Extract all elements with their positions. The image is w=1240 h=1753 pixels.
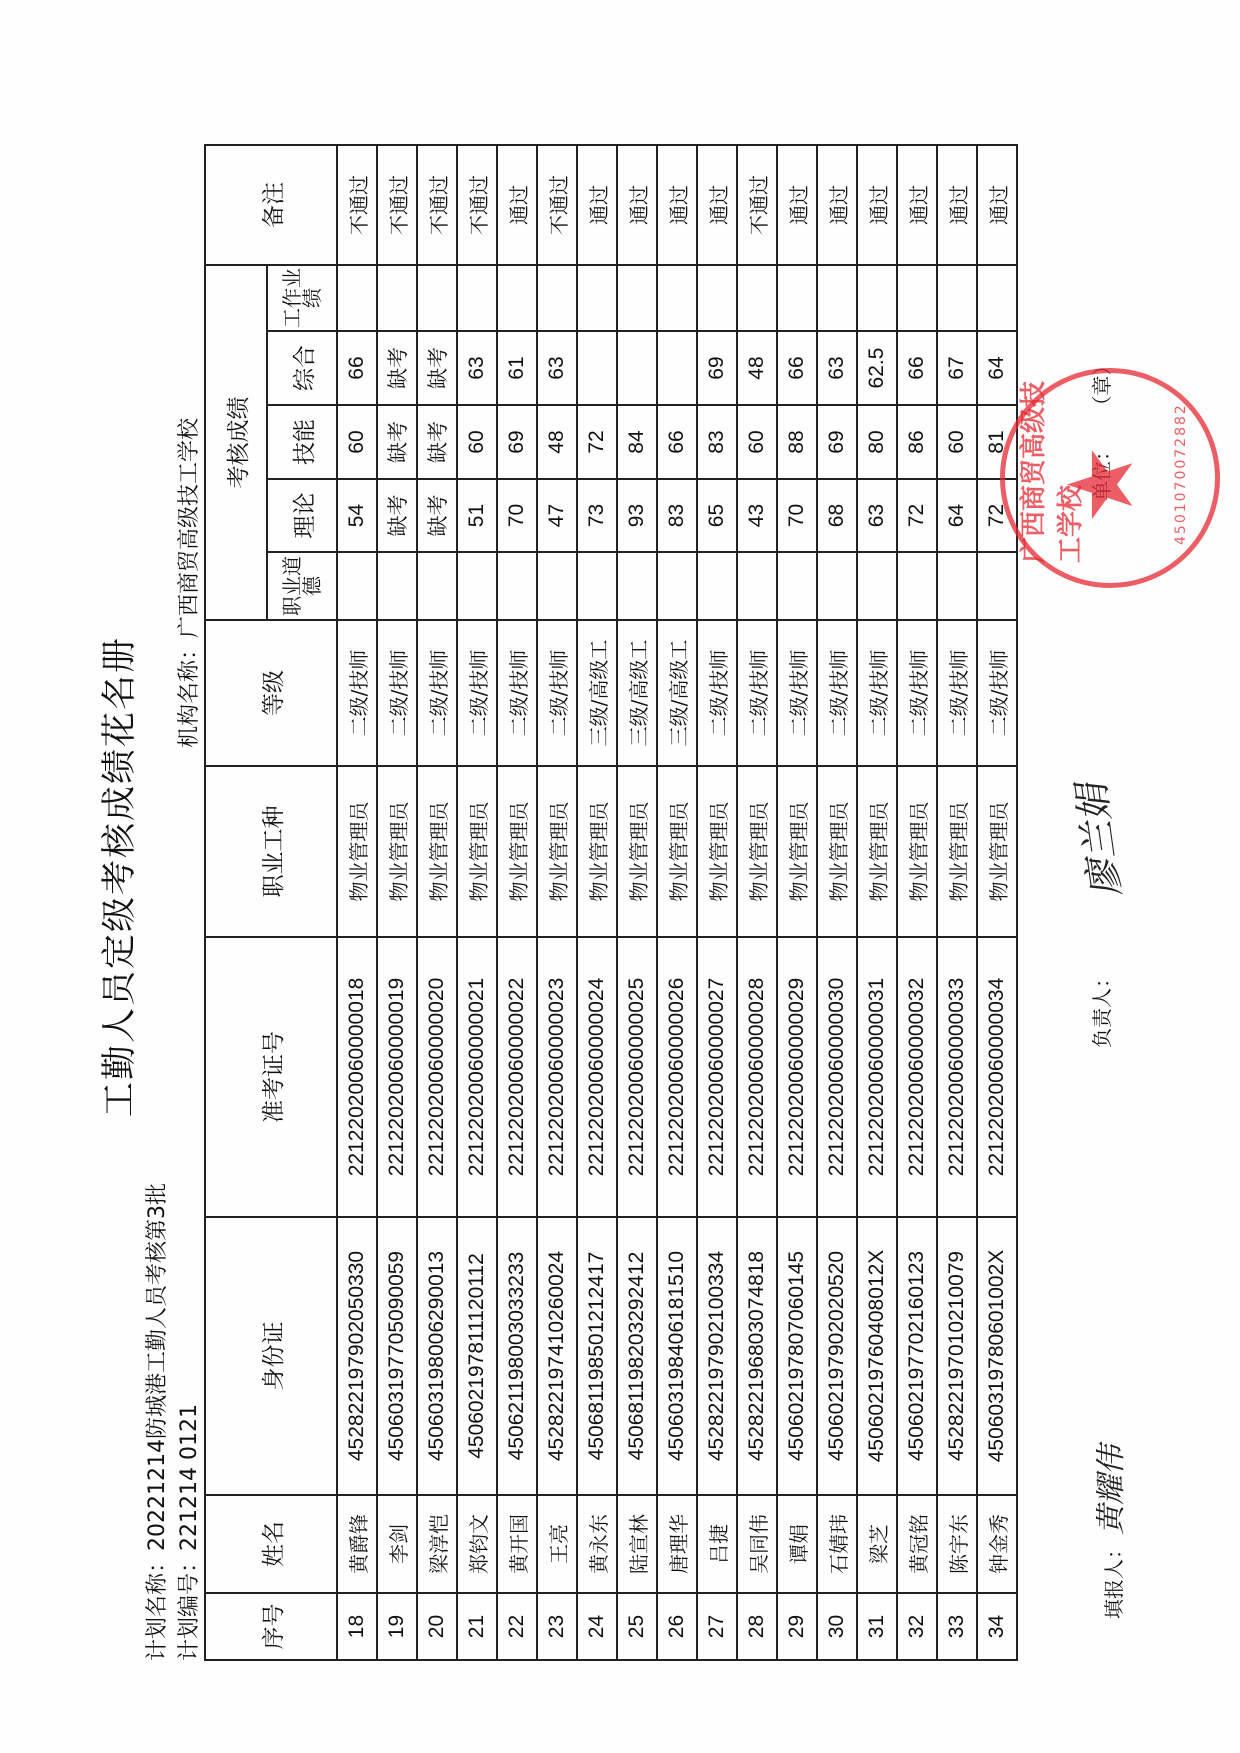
cell-grade: 二级/技师	[777, 620, 817, 766]
cell-name: 唐理华	[657, 1495, 697, 1593]
cell-comprehensive: 66	[897, 331, 937, 405]
header-ethics: 职业道德	[267, 552, 337, 620]
cell-seq: 32	[897, 1593, 937, 1660]
table-row: 27吕捷45282219790210033422122020060000027物…	[697, 145, 737, 1660]
cell-comprehensive	[657, 331, 697, 405]
cell-remark: 不通过	[457, 145, 497, 265]
cell-performance	[897, 265, 937, 331]
cell-id-card: 452822197902100334	[697, 1217, 737, 1495]
cell-skill: 69	[817, 405, 857, 479]
cell-exam-no: 22122020060000033	[937, 937, 977, 1217]
cell-seq: 28	[737, 1593, 777, 1660]
unit-label: 单位：	[1090, 441, 1114, 501]
cell-performance	[697, 265, 737, 331]
cell-trade: 物业管理员	[817, 766, 857, 937]
cell-name: 梁芝	[857, 1495, 897, 1593]
cell-comprehensive: 64	[977, 331, 1017, 405]
organization-line: 机构名称：广西商贸高级技工学校	[172, 418, 203, 748]
cell-exam-no: 22122020060000030	[817, 937, 857, 1217]
cell-grade: 二级/技师	[337, 620, 377, 766]
cell-performance	[497, 265, 537, 331]
cell-exam-no: 22122020060000024	[577, 937, 617, 1217]
cell-remark: 通过	[697, 145, 737, 265]
cell-id-card: 450621198003033233	[497, 1217, 537, 1495]
cell-theory: 70	[497, 479, 537, 552]
cell-id-card: 450602197902020520	[817, 1217, 857, 1495]
cell-skill: 86	[897, 405, 937, 479]
header-name: 姓名	[205, 1495, 337, 1593]
cell-comprehensive: 63	[537, 331, 577, 405]
cell-exam-no: 22122020060000021	[457, 937, 497, 1217]
cell-remark: 不通过	[737, 145, 777, 265]
header-exam-no: 准考证号	[205, 937, 337, 1217]
cell-comprehensive	[617, 331, 657, 405]
cell-comprehensive: 缺考	[377, 331, 417, 405]
cell-exam-no: 22122020060000034	[977, 937, 1017, 1217]
cell-grade: 二级/技师	[977, 620, 1017, 766]
cell-id-card: 45060219760408012X	[857, 1217, 897, 1495]
roster-body: 18黄爵锋45282219790205033022122020060000018…	[337, 145, 1017, 1660]
cell-skill: 60	[937, 405, 977, 479]
cell-remark: 不通过	[377, 145, 417, 265]
cell-performance	[977, 265, 1017, 331]
cell-ethics	[417, 552, 457, 620]
header-id-card: 身份证	[205, 1217, 337, 1495]
cell-theory: 73	[577, 479, 617, 552]
cell-grade: 二级/技师	[497, 620, 537, 766]
cell-theory: 缺考	[377, 479, 417, 552]
cell-performance	[657, 265, 697, 331]
cell-ethics	[737, 552, 777, 620]
cell-skill: 48	[537, 405, 577, 479]
cell-comprehensive: 63	[817, 331, 857, 405]
cell-comprehensive	[577, 331, 617, 405]
cell-ethics	[777, 552, 817, 620]
plan-number-label: 计划编号：	[177, 1551, 202, 1661]
cell-performance	[937, 265, 977, 331]
cell-seq: 34	[977, 1593, 1017, 1660]
cell-ethics	[897, 552, 937, 620]
cell-performance	[577, 265, 617, 331]
cell-trade: 物业管理员	[497, 766, 537, 937]
cell-skill: 83	[697, 405, 737, 479]
cell-theory: 54	[337, 479, 377, 552]
cell-id-card: 452822197410260024	[537, 1217, 577, 1495]
cell-trade: 物业管理员	[617, 766, 657, 937]
cell-trade: 物业管理员	[337, 766, 377, 937]
cell-performance	[617, 265, 657, 331]
cell-seq: 20	[417, 1593, 457, 1660]
cell-theory: 缺考	[417, 479, 457, 552]
cell-performance	[737, 265, 777, 331]
plan-name-line: 计划名称：20221214防城港工勤人员考核第3批	[140, 1183, 171, 1661]
cell-theory: 70	[777, 479, 817, 552]
cell-name: 石婧玮	[817, 1495, 857, 1593]
cell-id-card: 450603197705090059	[377, 1217, 417, 1495]
cell-trade: 物业管理员	[417, 766, 457, 937]
cell-grade: 二级/技师	[817, 620, 857, 766]
cell-remark: 通过	[497, 145, 537, 265]
cell-grade: 三级/高级工	[577, 620, 617, 766]
cell-skill: 缺考	[377, 405, 417, 479]
cell-performance	[377, 265, 417, 331]
table-row: 22黄开国45062119800303323322122020060000022…	[497, 145, 537, 1660]
cell-name: 梁淳恺	[417, 1495, 457, 1593]
cell-grade: 二级/技师	[897, 620, 937, 766]
cell-theory: 72	[897, 479, 937, 552]
cell-ethics	[337, 552, 377, 620]
table-row: 21郑钧文45060219781112011222122020060000021…	[457, 145, 497, 1660]
cell-id-card: 450681198501212417	[577, 1217, 617, 1495]
cell-remark: 通过	[577, 145, 617, 265]
cell-grade: 二级/技师	[537, 620, 577, 766]
cell-name: 钟金秀	[977, 1495, 1017, 1593]
cell-ethics	[857, 552, 897, 620]
cell-exam-no: 22122020060000032	[897, 937, 937, 1217]
cell-trade: 物业管理员	[537, 766, 577, 937]
organization-value: 广西商贸高级技工学校	[177, 418, 202, 638]
cell-comprehensive: 66	[777, 331, 817, 405]
cell-ethics	[937, 552, 977, 620]
cell-exam-no: 22122020060000025	[617, 937, 657, 1217]
cell-performance	[777, 265, 817, 331]
cell-id-card: 450681198203292412	[617, 1217, 657, 1495]
table-row: 30石婧玮45060219790202052022122020060000030…	[817, 145, 857, 1660]
cell-trade: 物业管理员	[577, 766, 617, 937]
cell-skill: 84	[617, 405, 657, 479]
cell-exam-no: 22122020060000023	[537, 937, 577, 1217]
cell-name: 吕捷	[697, 1495, 737, 1593]
cell-seq: 19	[377, 1593, 417, 1660]
cell-name: 陈宇东	[937, 1495, 977, 1593]
cell-trade: 物业管理员	[737, 766, 777, 937]
cell-exam-no: 22122020060000028	[737, 937, 777, 1217]
cell-grade: 二级/技师	[417, 620, 457, 766]
cell-exam-no: 22122020060000027	[697, 937, 737, 1217]
header-trade: 职业工种	[205, 766, 337, 937]
table-row: 33陈宇东45282219701021007922122020060000033…	[937, 145, 977, 1660]
cell-name: 李剑	[377, 1495, 417, 1593]
cell-ethics	[457, 552, 497, 620]
plan-name-label: 计划名称：	[145, 1551, 170, 1661]
seal-text: 广西商贸高级技工学校	[1013, 373, 1087, 563]
cell-exam-no: 22122020060000026	[657, 937, 697, 1217]
cell-skill: 88	[777, 405, 817, 479]
cell-id-card: 452822197902050330	[337, 1217, 377, 1495]
cell-performance	[817, 265, 857, 331]
cell-skill: 81	[977, 405, 1017, 479]
cell-seq: 22	[497, 1593, 537, 1660]
cell-remark: 不通过	[537, 145, 577, 265]
filler-label: 填报人：	[1102, 1539, 1126, 1619]
header-grade: 等级	[205, 620, 337, 766]
table-row: 26唐理华45060319840618151022122020060000026…	[657, 145, 697, 1660]
cell-remark: 不通过	[417, 145, 457, 265]
cell-name: 黄冠铭	[897, 1495, 937, 1593]
cell-ethics	[657, 552, 697, 620]
cell-grade: 二级/技师	[857, 620, 897, 766]
cell-remark: 通过	[617, 145, 657, 265]
cell-grade: 二级/技师	[937, 620, 977, 766]
cell-seq: 29	[777, 1593, 817, 1660]
cell-theory: 47	[537, 479, 577, 552]
cell-id-card: 450602197811120112	[457, 1217, 497, 1495]
cell-trade: 物业管理员	[457, 766, 497, 937]
table-row: 20梁淳恺45060319800629001322122020060000020…	[417, 145, 457, 1660]
header-comprehensive: 综合	[267, 331, 337, 405]
cell-id-card: 45060319780601002X	[977, 1217, 1017, 1495]
cell-id-card: 450602197702160123	[897, 1217, 937, 1495]
cell-ethics	[537, 552, 577, 620]
table-row: 18黄爵锋45282219790205033022122020060000018…	[337, 145, 377, 1660]
filler-signature: 黄耀伟	[1094, 1445, 1129, 1535]
unit-line: 单位： （章）	[1086, 356, 1115, 501]
score-roster-table: 序号 姓名 身份证 准考证号 职业工种 等级 考核成绩 备注 职业道德 理论 技…	[204, 144, 1018, 1661]
cell-skill: 缺考	[417, 405, 457, 479]
cell-id-card: 450603198406181510	[657, 1217, 697, 1495]
cell-comprehensive: 66	[337, 331, 377, 405]
cell-seq: 21	[457, 1593, 497, 1660]
cell-exam-no: 22122020060000022	[497, 937, 537, 1217]
filler-line: 填报人：黄耀伟	[1086, 1445, 1130, 1619]
cell-remark: 通过	[777, 145, 817, 265]
cell-theory: 43	[737, 479, 777, 552]
cell-seq: 30	[817, 1593, 857, 1660]
cell-name: 黄爵锋	[337, 1495, 377, 1593]
cell-comprehensive: 61	[497, 331, 537, 405]
cell-seq: 33	[937, 1593, 977, 1660]
table-row: 23王亮45282219741026002422122020060000023物…	[537, 145, 577, 1660]
cell-seq: 24	[577, 1593, 617, 1660]
cell-comprehensive: 缺考	[417, 331, 457, 405]
cell-exam-no: 22122020060000031	[857, 937, 897, 1217]
header-performance: 工作业绩	[267, 265, 337, 331]
cell-performance	[417, 265, 457, 331]
cell-exam-no: 22122020060000019	[377, 937, 417, 1217]
cell-ethics	[497, 552, 537, 620]
plan-number-line: 计划编号：221214 0121	[172, 1404, 203, 1661]
table-row: 24黄永东45068119850121241722122020060000024…	[577, 145, 617, 1660]
cell-id-card: 452822196803074818	[737, 1217, 777, 1495]
cell-theory: 68	[817, 479, 857, 552]
cell-grade: 二级/技师	[377, 620, 417, 766]
cell-seq: 31	[857, 1593, 897, 1660]
cell-skill: 60	[337, 405, 377, 479]
cell-seq: 23	[537, 1593, 577, 1660]
cell-theory: 51	[457, 479, 497, 552]
header-theory: 理论	[267, 479, 337, 552]
table-row: 32黄冠铭45060219770216012322122020060000032…	[897, 145, 937, 1660]
cell-trade: 物业管理员	[697, 766, 737, 937]
cell-id-card: 450603198006290013	[417, 1217, 457, 1495]
cell-trade: 物业管理员	[977, 766, 1017, 937]
cell-theory: 64	[937, 479, 977, 552]
cell-name: 黄开国	[497, 1495, 537, 1593]
cell-grade: 二级/技师	[457, 620, 497, 766]
cell-id-card: 452822197010210079	[937, 1217, 977, 1495]
cell-trade: 物业管理员	[377, 766, 417, 937]
cell-exam-no: 22122020060000029	[777, 937, 817, 1217]
cell-performance	[537, 265, 577, 331]
cell-name: 谭娟	[777, 1495, 817, 1593]
responsible-line: 负责人：	[1086, 968, 1115, 1048]
cell-skill: 60	[737, 405, 777, 479]
cell-theory: 93	[617, 479, 657, 552]
cell-grade: 三级/高级工	[617, 620, 657, 766]
cell-performance	[857, 265, 897, 331]
cell-theory: 65	[697, 479, 737, 552]
cell-trade: 物业管理员	[777, 766, 817, 937]
cell-performance	[337, 265, 377, 331]
stamp-label: （章）	[1090, 356, 1114, 416]
cell-grade: 二级/技师	[697, 620, 737, 766]
cell-skill: 72	[577, 405, 617, 479]
cell-skill: 80	[857, 405, 897, 479]
cell-grade: 二级/技师	[737, 620, 777, 766]
cell-seq: 18	[337, 1593, 377, 1660]
responsible-signature: 廖兰娟	[1060, 781, 1130, 902]
organization-label: 机构名称：	[177, 638, 202, 748]
plan-name-value: 20221214防城港工勤人员考核第3批	[145, 1183, 170, 1551]
cell-remark: 通过	[657, 145, 697, 265]
cell-grade: 三级/高级工	[657, 620, 697, 766]
cell-remark: 通过	[897, 145, 937, 265]
cell-remark: 通过	[857, 145, 897, 265]
cell-trade: 物业管理员	[897, 766, 937, 937]
header-remark: 备注	[205, 145, 337, 265]
cell-performance	[457, 265, 497, 331]
cell-skill: 69	[497, 405, 537, 479]
cell-skill: 66	[657, 405, 697, 479]
cell-remark: 通过	[977, 145, 1017, 265]
cell-comprehensive: 67	[937, 331, 977, 405]
cell-ethics	[617, 552, 657, 620]
cell-skill: 60	[457, 405, 497, 479]
table-row: 34钟金秀45060319780601002X22122020060000034…	[977, 145, 1017, 1660]
cell-comprehensive: 69	[697, 331, 737, 405]
header-seq: 序号	[205, 1593, 337, 1660]
cell-name: 王亮	[537, 1495, 577, 1593]
cell-exam-no: 22122020060000018	[337, 937, 377, 1217]
cell-remark: 通过	[817, 145, 857, 265]
cell-ethics	[817, 552, 857, 620]
seal-code: 4501070072882	[1173, 403, 1189, 545]
cell-trade: 物业管理员	[657, 766, 697, 937]
cell-name: 吴同伟	[737, 1495, 777, 1593]
cell-comprehensive: 62.5	[857, 331, 897, 405]
responsible-label: 负责人：	[1090, 968, 1114, 1048]
cell-remark: 通过	[937, 145, 977, 265]
roster-sheet: 工勤人员定级考核成绩花名册 计划名称：20221214防城港工勤人员考核第3批 …	[0, 0, 1240, 1753]
cell-comprehensive: 48	[737, 331, 777, 405]
cell-exam-no: 22122020060000020	[417, 937, 457, 1217]
cell-seq: 27	[697, 1593, 737, 1660]
cell-seq: 26	[657, 1593, 697, 1660]
cell-trade: 物业管理员	[857, 766, 897, 937]
table-row: 25陆宣林45068119820329241222122020060000025…	[617, 145, 657, 1660]
cell-name: 陆宣林	[617, 1495, 657, 1593]
table-row: 28吴同伟45282219680307481822122020060000028…	[737, 145, 777, 1660]
cell-seq: 25	[617, 1593, 657, 1660]
cell-theory: 83	[657, 479, 697, 552]
cell-name: 黄永东	[577, 1495, 617, 1593]
cell-ethics	[977, 552, 1017, 620]
table-row: 19李剑45060319770509005922122020060000019物…	[377, 145, 417, 1660]
header-scores-group: 考核成绩	[205, 265, 267, 620]
cell-theory: 72	[977, 479, 1017, 552]
table-row: 31梁芝45060219760408012X22122020060000031物…	[857, 145, 897, 1660]
cell-ethics	[577, 552, 617, 620]
cell-trade: 物业管理员	[937, 766, 977, 937]
table-row: 29谭娟45060219780706014522122020060000029物…	[777, 145, 817, 1660]
cell-ethics	[697, 552, 737, 620]
cell-theory: 63	[857, 479, 897, 552]
cell-ethics	[377, 552, 417, 620]
cell-name: 郑钧文	[457, 1495, 497, 1593]
cell-comprehensive: 63	[457, 331, 497, 405]
cell-remark: 不通过	[337, 145, 377, 265]
document-title: 工勤人员定级考核成绩花名册	[92, 0, 142, 1753]
header-skill: 技能	[267, 405, 337, 479]
plan-number-value: 221214 0121	[177, 1404, 202, 1551]
cell-id-card: 450602197807060145	[777, 1217, 817, 1495]
